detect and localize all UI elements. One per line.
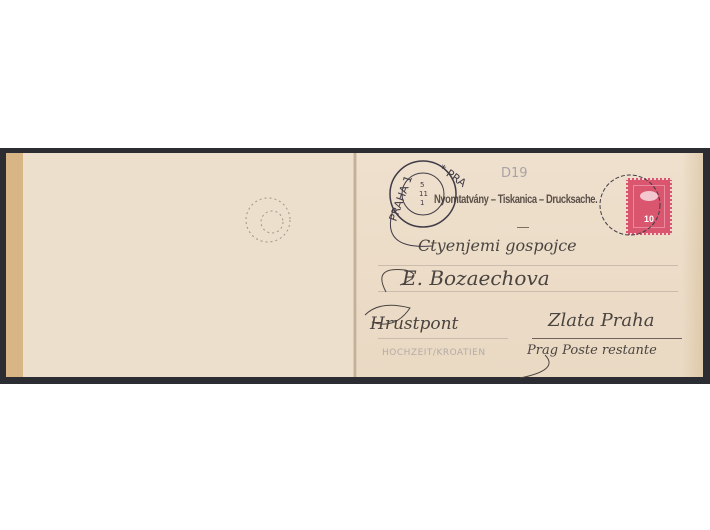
- stamp-cancel-icon: [600, 175, 660, 235]
- postmark-text: * PRA: [436, 162, 469, 190]
- ghost-postmark-icon: [246, 198, 290, 242]
- postmark-date: 5: [420, 181, 424, 189]
- postmarks-layer: PRAHA 1 * PRA 5 11 1: [0, 0, 710, 530]
- postmark-date: 11: [419, 190, 428, 198]
- handwriting-flourishes: [365, 269, 549, 378]
- postmark-date: 1: [420, 199, 424, 207]
